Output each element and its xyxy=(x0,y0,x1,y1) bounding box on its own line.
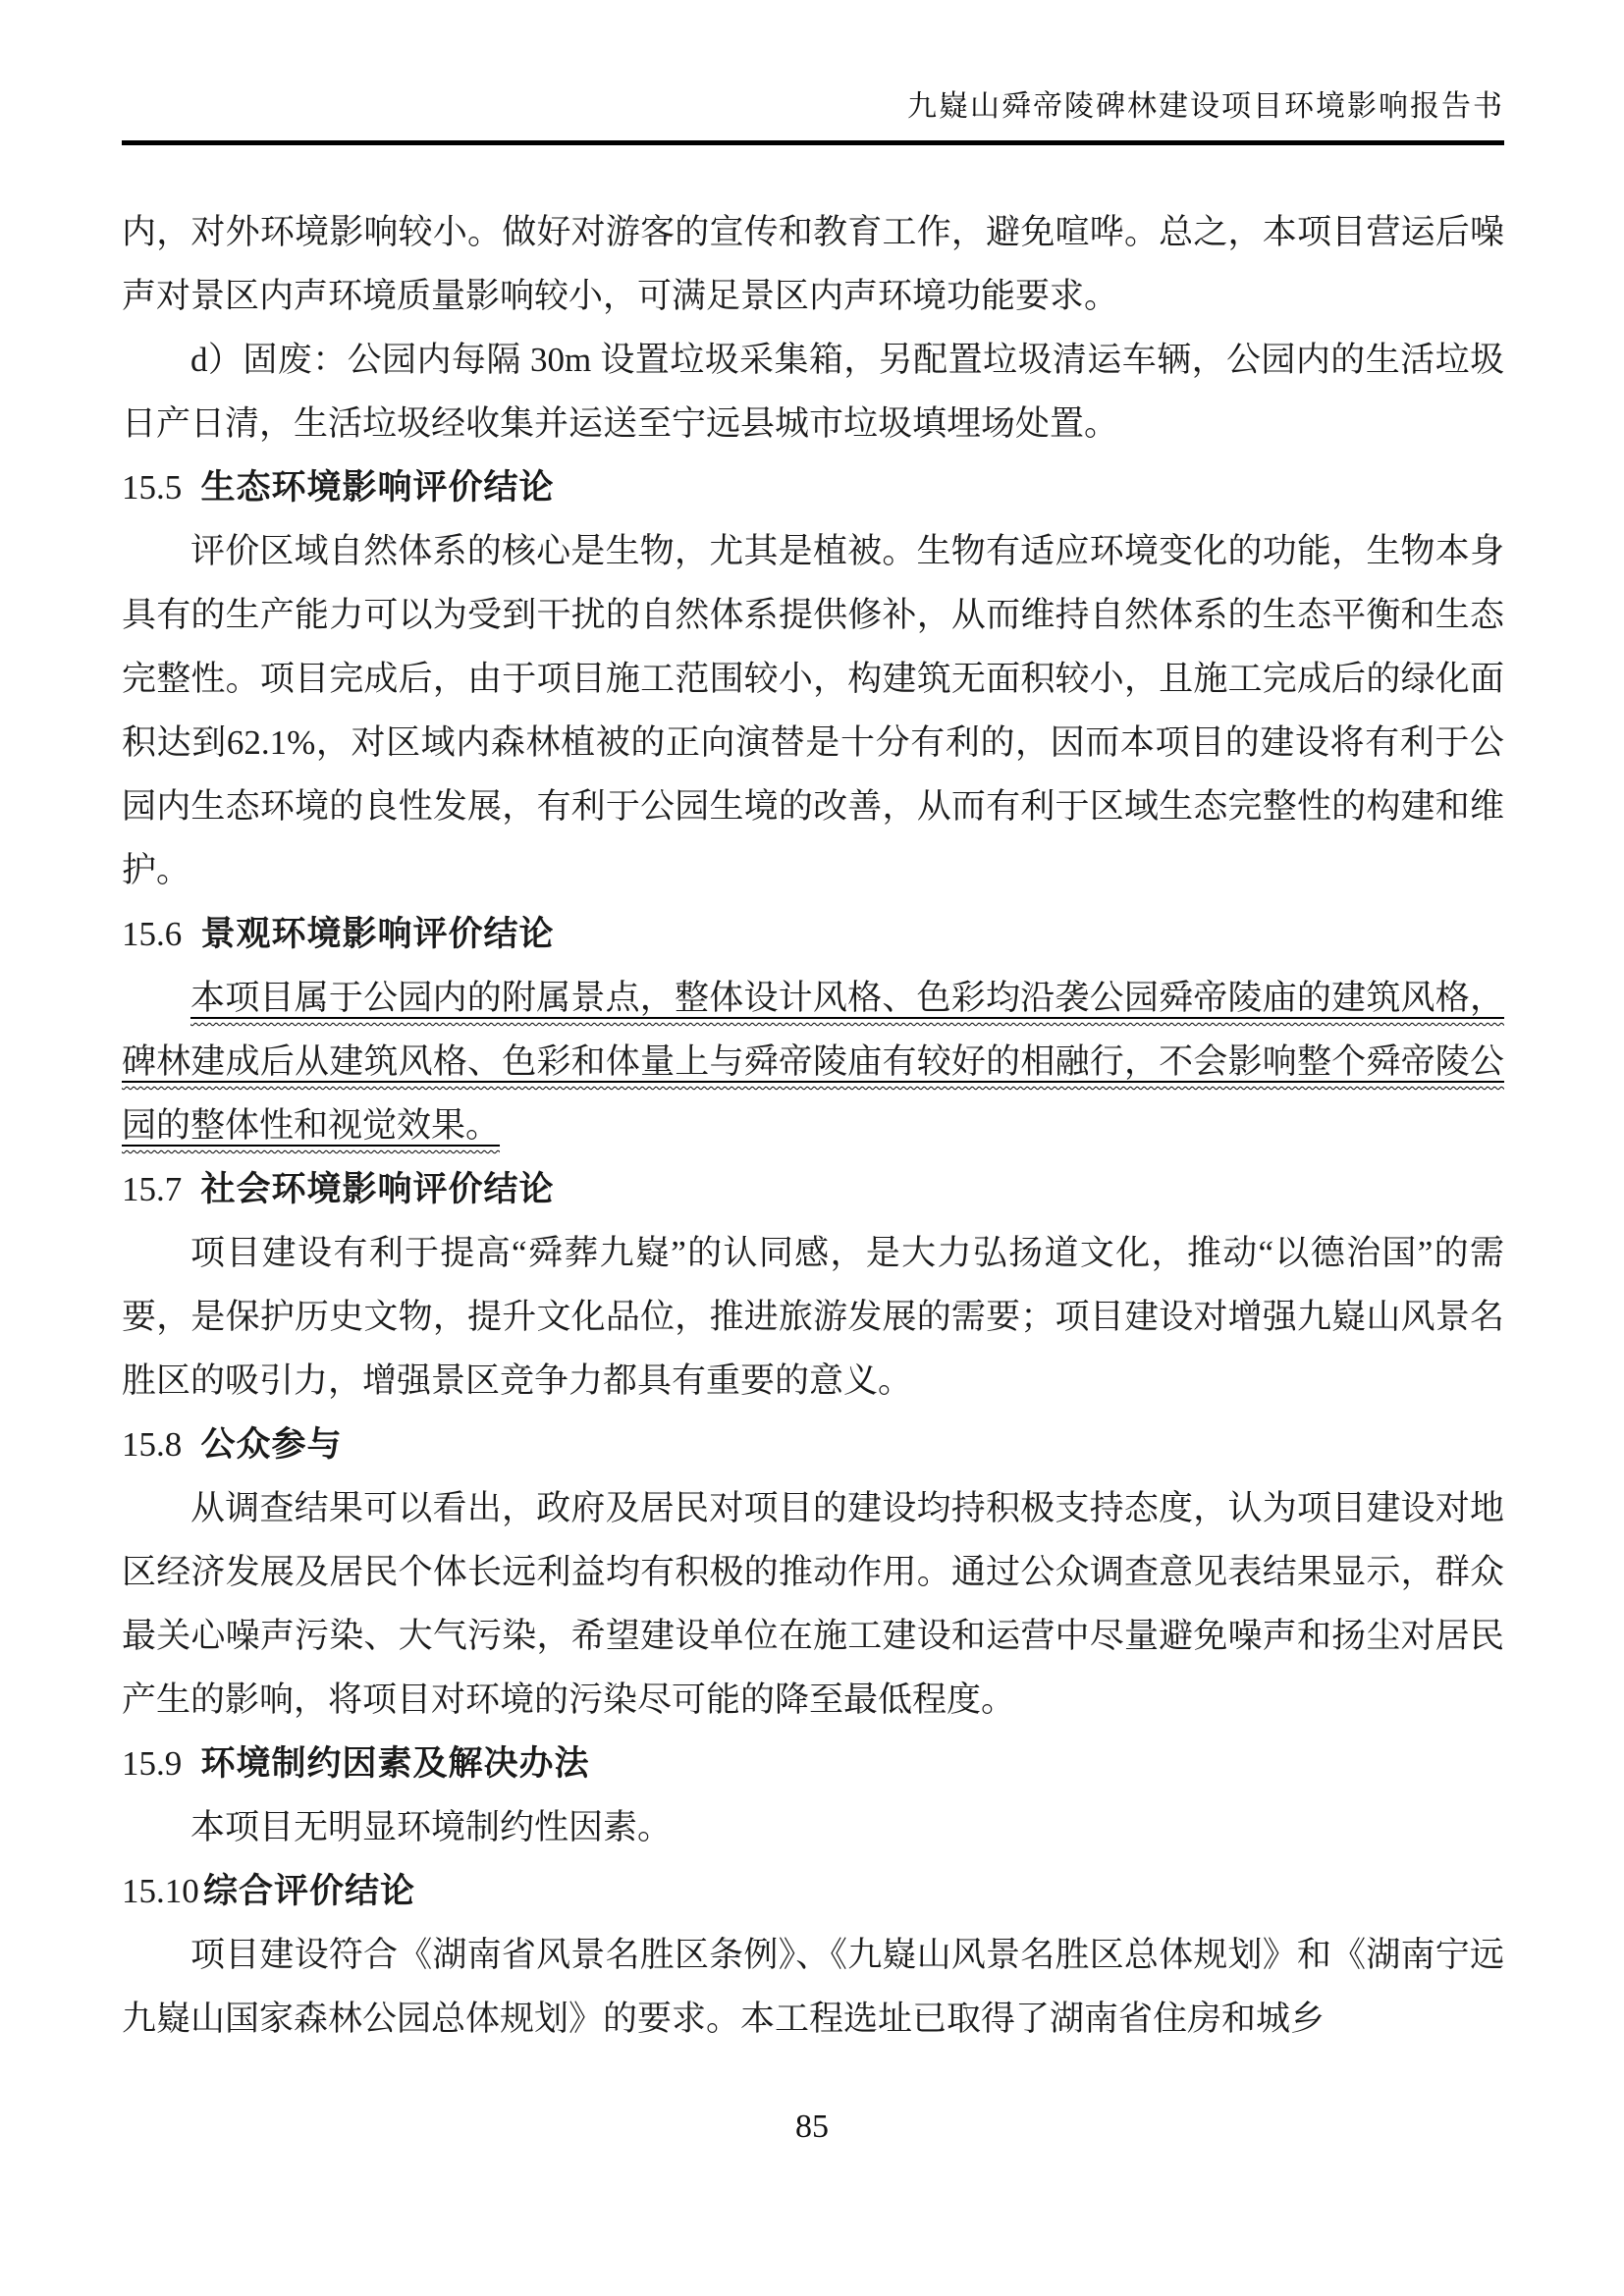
heading-15-5: 15.5生态环境影响评价结论 xyxy=(122,455,1504,519)
heading-number: 15.9 xyxy=(122,1744,182,1783)
heading-text: 环境制约因素及解决办法 xyxy=(201,1744,590,1783)
document-page: 九嶷山舜帝陵碑林建设项目环境影响报告书 内，对外环境影响较小。做好对游客的宣传和… xyxy=(0,0,1624,2296)
paragraph-landscape-conclusion: 本项目属于公园内的附属景点，整体设计风格、色彩均沿袭公园舜帝陵庙的建筑风格，碑林… xyxy=(122,966,1504,1157)
heading-text: 综合评价结论 xyxy=(203,1872,415,1910)
paragraph-noise-conclusion: 内，对外环境影响较小。做好对游客的宣传和教育工作，避免喧哗。总之，本项目营运后噪… xyxy=(122,200,1504,328)
heading-15-9: 15.9环境制约因素及解决办法 xyxy=(122,1732,1504,1795)
heading-number: 15.10 xyxy=(122,1872,199,1910)
paragraph-public-participation: 从调查结果可以看出，政府及居民对项目的建设均持积极支持态度，认为项目建设对地区经… xyxy=(122,1476,1504,1732)
underline-solid: 本项目属于公园内的附属景点，整体设计风格、色彩均沿袭公园舜帝陵庙的建筑风格，碑林… xyxy=(122,979,1504,1145)
heading-number: 15.8 xyxy=(122,1425,182,1464)
paragraph-social-conclusion: 项目建设有利于提高“舜葬九嶷”的认同感，是大力弘扬道文化，推动“以德治国”的需要… xyxy=(122,1221,1504,1413)
document-body: 内，对外环境影响较小。做好对游客的宣传和教育工作，避免喧哗。总之，本项目营运后噪… xyxy=(122,200,1504,2051)
heading-15-6: 15.6景观环境影响评价结论 xyxy=(122,902,1504,966)
heading-text: 生态环境影响评价结论 xyxy=(201,468,555,507)
heading-number: 15.7 xyxy=(122,1170,182,1208)
paragraph-solid-waste: d）固废：公园内每隔 30m 设置垃圾采集箱，另配置垃圾清运车辆，公园内的生活垃… xyxy=(122,328,1504,455)
header-rule xyxy=(122,140,1504,145)
heading-15-10: 15.10综合评价结论 xyxy=(122,1859,1504,1923)
page-header: 九嶷山舜帝陵碑林建设项目环境影响报告书 xyxy=(122,0,1504,145)
paragraph-constraints: 本项目无明显环境制约性因素。 xyxy=(122,1795,1504,1859)
header-title: 九嶷山舜帝陵碑林建设项目环境影响报告书 xyxy=(122,90,1504,124)
heading-number: 15.6 xyxy=(122,915,182,953)
paragraph-ecology-conclusion: 评价区域自然体系的核心是生物，尤其是植被。生物有适应环境变化的功能，生物本身具有… xyxy=(122,519,1504,902)
paragraph-overall-conclusion: 项目建设符合《湖南省风景名胜区条例》、《九嶷山风景名胜区总体规划》和《湖南宁远九… xyxy=(122,1923,1504,2051)
heading-text: 景观环境影响评价结论 xyxy=(201,915,555,953)
heading-text: 公众参与 xyxy=(201,1425,343,1464)
heading-15-7: 15.7社会环境影响评价结论 xyxy=(122,1157,1504,1221)
heading-text: 社会环境影响评价结论 xyxy=(201,1170,555,1208)
page-footer: 85 xyxy=(0,2108,1624,2147)
heading-15-8: 15.8公众参与 xyxy=(122,1413,1504,1476)
heading-number: 15.5 xyxy=(122,468,182,507)
page-number: 85 xyxy=(795,2109,829,2145)
underlined-text: 本项目属于公园内的附属景点，整体设计风格、色彩均沿袭公园舜帝陵庙的建筑风格，碑林… xyxy=(122,979,1504,1145)
